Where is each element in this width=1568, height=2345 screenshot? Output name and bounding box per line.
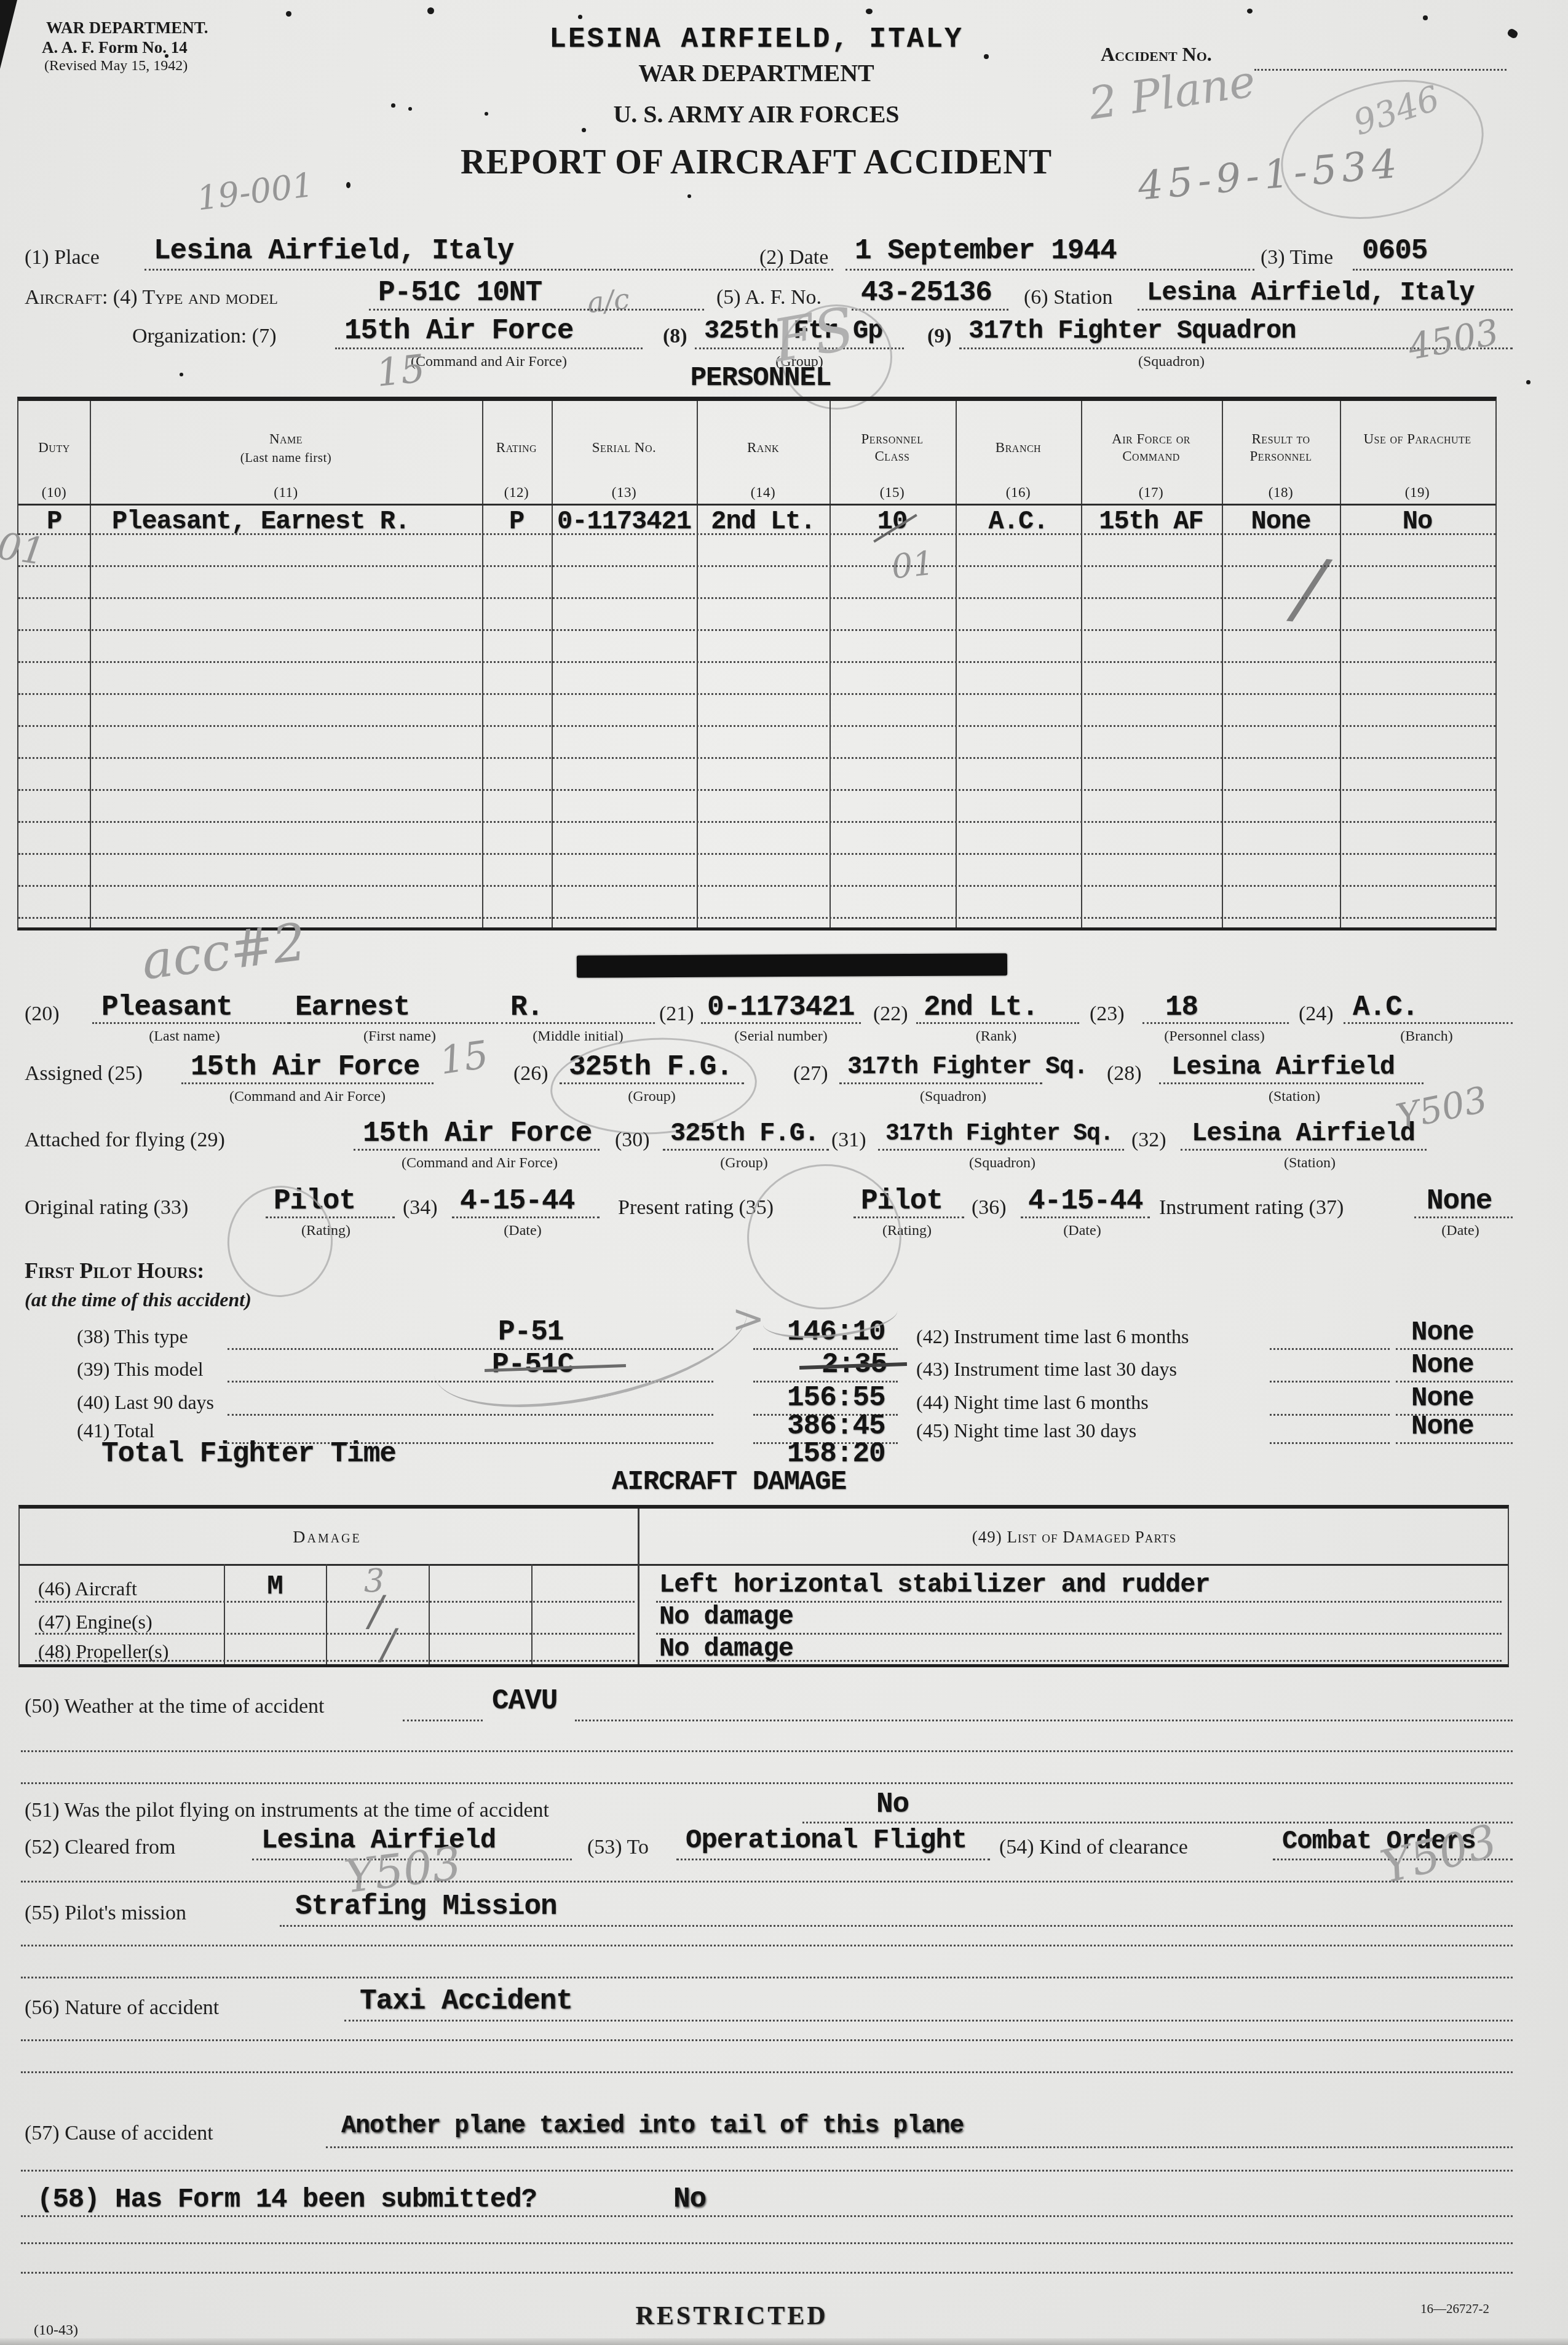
clearance-label: (54) Kind of clearance [999, 1836, 1188, 1859]
mission-label: (55) Pilot's mission [25, 1902, 186, 1925]
footer-print-code: 16—26727-2 [1420, 2301, 1489, 2317]
hours-40-label: (40) Last 90 days [77, 1391, 214, 1414]
col-number: (18) [1269, 484, 1293, 501]
instruments-label: (51) Was the pilot flying on instruments… [25, 1799, 549, 1822]
table-row-rule [18, 565, 1495, 567]
p20-number: (20) [25, 1002, 60, 1026]
table-column-divider [1222, 401, 1223, 927]
speck [1247, 9, 1253, 14]
p21-serial-rule [701, 1022, 861, 1024]
hours-39-label: (39) This model [77, 1358, 204, 1381]
damage-cell-divider [429, 1564, 430, 1664]
instruments-value: No [876, 1788, 909, 1820]
command-rule [335, 347, 643, 349]
damage-cell-divider [531, 1564, 533, 1664]
p20-last: Pleasant [101, 991, 232, 1023]
handwritten-file-number: 19-001 [195, 165, 315, 218]
date-label: (2) Date [759, 246, 828, 269]
blank-rule [21, 2242, 1513, 2244]
first-pilot-hours-heading: First Pilot Hours: [25, 1258, 204, 1284]
p22-rank-rule [916, 1022, 1079, 1024]
cleared-to-label: (53) To [587, 1836, 649, 1859]
damage-parts-rule [656, 1633, 1502, 1635]
handwritten-circle [740, 1157, 908, 1317]
hours-45-value-rule [1396, 1442, 1513, 1444]
weather-value: CAVU [492, 1685, 557, 1717]
p20-last-sublabel: (Last name) [149, 1028, 220, 1045]
place-value: Lesina Airfield, Italy [154, 235, 513, 267]
damage-cell-divider [326, 1564, 327, 1664]
col-header-chute: Use of Parachute [1356, 431, 1479, 448]
hours-42-rule [1270, 1348, 1390, 1350]
accident-report-scan: WAR DEPARTMENT. A. A. F. Form No. 14 (Re… [0, 0, 1568, 2345]
speck [1526, 380, 1530, 384]
cell-rating: P [509, 507, 524, 536]
col-number: (13) [612, 484, 636, 501]
instrument-rating-label: Instrument rating (37) [1159, 1196, 1344, 1220]
total-fighter-time-label: Total Fighter Time [101, 1438, 396, 1470]
mission-rule [280, 1925, 1513, 1927]
attached-squadron-rule [878, 1149, 1124, 1151]
hours-40-rule [228, 1414, 713, 1416]
damage-46-label: (46) Aircraft [38, 1577, 137, 1600]
p23-pclass-rule [1142, 1022, 1289, 1024]
damage-48-parts: No damage [659, 1634, 793, 1664]
attached-station: Lesina Airfield [1192, 1119, 1415, 1148]
place-label: (1) Place [25, 246, 100, 269]
attached-station-number: (32) [1131, 1129, 1166, 1152]
blank-rule [21, 1750, 1513, 1752]
col-header-branch: Branch [975, 439, 1061, 456]
attached-label: Attached for flying (29) [25, 1129, 225, 1152]
p23-number: (23) [1090, 1002, 1125, 1026]
assigned-squadron: 317th Fighter Sq. [847, 1053, 1088, 1081]
p21-serial: 0-1173421 [707, 991, 854, 1023]
table-row-rule [18, 821, 1495, 823]
col-header-rank: Rank [720, 439, 806, 456]
aircraft-type-label: Aircraft: (4) Type and model [25, 286, 278, 309]
table-row-rule [18, 629, 1495, 631]
station-rule [1138, 309, 1513, 311]
attached-station-rule [1181, 1149, 1427, 1151]
cell-rank: 2nd Lt. [711, 507, 815, 536]
blank-rule [21, 1945, 1513, 1946]
assigned-command-rule [181, 1082, 434, 1084]
time-value: 0605 [1362, 235, 1427, 267]
assigned-command-sublabel: (Command and Air Force) [229, 1089, 386, 1105]
cleared-to-rule [676, 1859, 990, 1860]
personnel-heading: PERSONNEL [691, 363, 831, 394]
instruments-rule [802, 1822, 1513, 1823]
blank-rule [21, 1782, 1513, 1784]
hours-45-value: None [1411, 1411, 1474, 1442]
table-column-divider [482, 401, 483, 927]
damage-left-header: Damage [204, 1527, 450, 1548]
page-title: REPORT OF AIRCRAFT ACCIDENT [461, 143, 1052, 182]
p24-branch: A.C. [1353, 991, 1418, 1023]
personnel-table: Duty Name (Last name first) Rating Seria… [17, 397, 1497, 930]
date-sublabel: (Date) [1441, 1223, 1479, 1239]
attached-group: 325th F.G. [670, 1119, 819, 1148]
damage-panel-divider [638, 1509, 639, 1664]
blank-rule [21, 1881, 1513, 1883]
table-column-divider [90, 401, 91, 927]
original-date-number: (34) [403, 1196, 438, 1220]
squadron-value: 317th Fighter Squadron [968, 316, 1296, 346]
hours-43-value: None [1411, 1350, 1474, 1381]
handwritten-damage-slash: / [381, 1621, 395, 1669]
squadron-sublabel: (Squadron) [1138, 354, 1205, 370]
hours-38-label: (38) This type [77, 1325, 188, 1348]
p20-first-rule [289, 1022, 498, 1024]
attached-squadron-number: (31) [831, 1129, 866, 1152]
page-bottom-edge [0, 2338, 1568, 2345]
cleared-from-label: (52) Cleared from [25, 1836, 175, 1859]
total-fighter-time-value: 158:20 [787, 1438, 885, 1470]
blank-rule [21, 2039, 1513, 2041]
cell-serial: 0-1173421 [557, 507, 691, 536]
time-rule [1353, 269, 1513, 271]
assigned-command: 15th Air Force [191, 1051, 419, 1083]
place-rule [145, 269, 833, 271]
p20-middle: R. [510, 991, 543, 1023]
squadron-number: (9) [927, 325, 952, 348]
damage-cell-divider [224, 1564, 225, 1664]
p21-serial-sublabel: (Serial number) [734, 1028, 827, 1045]
table-row-rule [18, 757, 1495, 759]
cause-rule [326, 2146, 1513, 2148]
hours-44-rule [1270, 1414, 1390, 1416]
col-header-serial: Serial No. [563, 439, 686, 456]
p20-middle-rule [501, 1022, 655, 1024]
hours-45-rule [1270, 1442, 1390, 1444]
col-header-rating: Rating [483, 439, 550, 456]
attached-command-sublabel: (Command and Air Force) [402, 1155, 558, 1172]
damage-47-label: (47) Engine(s) [38, 1611, 152, 1633]
department-title: WAR DEPARTMENT [638, 58, 874, 87]
weather-rule [575, 1720, 1513, 1721]
cell-duty: P [47, 507, 61, 536]
table-header-rule [18, 504, 1495, 506]
hours-43-label: (43) Instrument time last 30 days [916, 1358, 1177, 1381]
organization-label: Organization: (7) [132, 325, 276, 348]
col-number: (10) [42, 484, 66, 501]
damage-parts-rule [656, 1660, 1502, 1662]
accident-no-rule [1254, 69, 1507, 71]
table-row-rule [18, 693, 1495, 695]
aircraft-damage-heading: AIRCRAFT DAMAGE [612, 1467, 846, 1498]
hours-43-value-rule [1396, 1381, 1513, 1383]
weather-rule [403, 1720, 483, 1721]
col-header-pclass: Personnel Class [843, 431, 941, 464]
table-column-divider [956, 401, 957, 927]
service-title: U. S. ARMY AIR FORCES [613, 100, 899, 129]
original-date-rule [452, 1216, 600, 1218]
hours-44-value: None [1411, 1383, 1474, 1414]
cause-label: (57) Cause of accident [25, 2122, 213, 2145]
speck [286, 11, 291, 17]
table-row-rule [18, 853, 1495, 855]
p22-rank: 2nd Lt. [924, 991, 1038, 1023]
hours-40-value: 156:55 [787, 1382, 885, 1414]
speck [427, 7, 434, 14]
instrument-rating-value: None [1427, 1185, 1492, 1217]
attached-squadron: 317th Fighter Sq. [885, 1121, 1114, 1147]
cleared-to-value: Operational Flight [686, 1825, 967, 1856]
col-header-name: Name [194, 431, 378, 448]
assigned-label: Assigned (25) [25, 1062, 143, 1085]
table-row-rule [18, 533, 1495, 535]
corner-tear-artifact [0, 0, 17, 69]
afno-value: 43-25136 [861, 277, 992, 309]
form-number: A. A. F. Form No. 14 [42, 38, 188, 57]
redaction-bar [577, 953, 1007, 978]
assigned-squadron-number: (27) [793, 1062, 828, 1085]
handwritten-org-15: 15 [374, 346, 427, 395]
hours-43-rule [1270, 1381, 1390, 1383]
damage-table: Damage (49) List of Damaged Parts (46) A… [18, 1505, 1509, 1667]
damage-parts-rule [656, 1601, 1502, 1603]
nature-value: Taxi Accident [360, 1985, 572, 2017]
attached-group-rule [663, 1149, 829, 1151]
p23-pclass-sublabel: (Personnel class) [1164, 1028, 1264, 1045]
speck [687, 194, 691, 198]
col-header-duty: Duty [20, 439, 88, 456]
table-column-divider [830, 401, 831, 927]
table-column-divider [697, 401, 698, 927]
col-number: (15) [880, 484, 905, 501]
damage-row-rule [35, 1633, 635, 1635]
damage-right-header: (49) List of Damaged Parts [828, 1527, 1320, 1547]
p22-number: (22) [873, 1002, 908, 1026]
attached-command-rule [354, 1149, 600, 1151]
cell-afc: 15th AF [1099, 507, 1203, 536]
damage-46-mark: M [267, 1571, 282, 1602]
assigned-group-sublabel: (Group) [628, 1089, 675, 1105]
table-row-rule [18, 885, 1495, 887]
attached-group-sublabel: (Group) [720, 1155, 767, 1172]
handwritten-plane-note: 2 Plane [1085, 55, 1258, 129]
p24-branch-sublabel: (Branch) [1400, 1028, 1452, 1045]
p20-first: Earnest [295, 991, 410, 1023]
mission-value: Strafing Mission [295, 1891, 557, 1922]
p20-last-rule [92, 1022, 289, 1024]
speck [984, 54, 989, 59]
speck [391, 103, 395, 108]
table-row-rule [18, 661, 1495, 663]
p22-rank-sublabel: (Rank) [976, 1028, 1017, 1045]
col-number: (11) [274, 484, 298, 501]
assigned-station: Lesina Airfield [1171, 1052, 1395, 1082]
col-number: (14) [751, 484, 775, 501]
table-row-rule [18, 725, 1495, 727]
station-label: (6) Station [1024, 286, 1112, 309]
cell-branch: A.C. [989, 507, 1048, 536]
station-title: LESINA AIRFIELD, ITALY [549, 23, 963, 55]
blank-rule [21, 2071, 1513, 2073]
footer-form-date: (10-43) [34, 2322, 78, 2339]
station-value: Lesina Airfield, Italy [1147, 278, 1475, 308]
form14-rule [21, 2215, 1513, 2217]
first-pilot-hours-note: (at the time of this accident) [25, 1288, 251, 1311]
col-number: (16) [1006, 484, 1031, 501]
aircraft-type-value: P-51C 10NT [378, 277, 542, 309]
damage-46-parts: Left horizontal stabilizer and rudder [659, 1570, 1210, 1600]
afno-rule [852, 309, 1008, 311]
table-column-divider [1081, 401, 1082, 927]
hours-45-label: (45) Night time last 30 days [916, 1419, 1136, 1442]
damage-row-rule [35, 1601, 635, 1603]
col-number: (19) [1405, 484, 1430, 501]
present-date-rule [1021, 1216, 1150, 1218]
command-value: 15th Air Force [344, 315, 573, 347]
table-row-rule [18, 597, 1495, 599]
assigned-squadron-sublabel: (Squadron) [920, 1089, 986, 1105]
form14-value: No [673, 2183, 706, 2215]
date-sublabel: (Date) [504, 1223, 541, 1239]
form-revised: (Revised May 15, 1942) [44, 58, 188, 74]
speck [485, 112, 488, 116]
p20-middle-sublabel: (Middle initial) [533, 1028, 623, 1045]
p23-pclass: 18 [1165, 991, 1198, 1023]
handwritten-assigned-15: 15 [437, 1032, 491, 1083]
date-value: 1 September 1944 [855, 235, 1117, 267]
table-row-rule [18, 789, 1495, 791]
attached-command: 15th Air Force [363, 1117, 592, 1149]
attached-squadron-sublabel: (Squadron) [969, 1155, 1035, 1172]
speck [582, 128, 586, 132]
form-agency: WAR DEPARTMENT. [46, 18, 208, 38]
col-header-name-sub: (Last name first) [194, 450, 378, 466]
hours-44-label: (44) Night time last 6 months [916, 1391, 1149, 1414]
cell-chute: No [1403, 507, 1432, 536]
p24-number: (24) [1299, 1002, 1334, 1026]
handwritten-org-4503: 4503 [1405, 311, 1502, 368]
date-rule [845, 269, 1254, 271]
form14-label: (58) Has Form 14 been submitted? [37, 2184, 537, 2215]
col-header-afc: Air Force or Command [1090, 431, 1213, 464]
handwritten-result-slash: / [1291, 540, 1328, 636]
date-sublabel: (Date) [1063, 1223, 1101, 1239]
weather-label: (50) Weather at the time of accident [25, 1695, 325, 1718]
command-sublabel: (Command and Air Force) [411, 354, 567, 370]
original-date-value: 4-15-44 [460, 1185, 574, 1217]
original-rating-label: Original rating (33) [25, 1196, 188, 1220]
speck [408, 107, 412, 111]
col-number: (17) [1139, 484, 1163, 501]
handwritten-swoosh [422, 1253, 758, 1431]
speck [866, 9, 873, 14]
attached-station-sublabel: (Station) [1284, 1155, 1336, 1172]
speck [346, 182, 350, 188]
handwritten-ac: a/c [585, 282, 631, 320]
nature-rule [344, 2020, 1513, 2022]
cell-name: Pleasant, Earnest R. [112, 507, 410, 536]
table-column-divider [1340, 401, 1341, 927]
assigned-squadron-rule [839, 1082, 1042, 1084]
p20-first-sublabel: (First name) [363, 1028, 436, 1045]
col-header-result: Result to Personnel [1222, 431, 1339, 464]
handwritten-circle [1265, 58, 1499, 240]
nature-label: (56) Nature of accident [25, 1996, 219, 2020]
damage-47-parts: No damage [659, 1602, 793, 1632]
blank-rule [21, 2272, 1513, 2274]
cell-result: None [1251, 507, 1311, 536]
group-number: (8) [663, 325, 687, 348]
speck [578, 15, 582, 19]
present-date-number: (36) [972, 1196, 1007, 1220]
instrument-rating-rule [1414, 1216, 1513, 1218]
classification-stamp: RESTRICTED [635, 2301, 828, 2331]
p21-number: (21) [659, 1002, 694, 1026]
handwritten-circle [781, 304, 892, 410]
hours-42-label: (42) Instrument time last 6 months [916, 1325, 1189, 1348]
speck [180, 373, 183, 376]
handwritten-margin-01: 01 [0, 525, 47, 574]
speck [1423, 15, 1428, 20]
assigned-group-number: (26) [513, 1062, 548, 1085]
aircraft-type-rule [369, 309, 704, 311]
present-date-value: 4-15-44 [1028, 1185, 1142, 1217]
time-label: (3) Time [1261, 246, 1333, 269]
blank-rule [21, 2170, 1513, 2172]
attached-group-number: (30) [615, 1129, 650, 1152]
table-column-divider [552, 401, 553, 927]
cause-value: Another plane taxied into tail of this p… [341, 2113, 964, 2140]
blank-rule [21, 1977, 1513, 1978]
damage-header-rule [20, 1564, 1508, 1566]
assigned-station-sublabel: (Station) [1269, 1089, 1320, 1105]
p24-branch-rule [1344, 1022, 1513, 1024]
col-number: (12) [504, 484, 529, 501]
hours-42-value: None [1411, 1317, 1474, 1348]
assigned-station-rule [1159, 1082, 1423, 1084]
speck [1507, 28, 1519, 39]
assigned-station-number: (28) [1107, 1062, 1142, 1085]
damage-row-rule [35, 1660, 635, 1662]
